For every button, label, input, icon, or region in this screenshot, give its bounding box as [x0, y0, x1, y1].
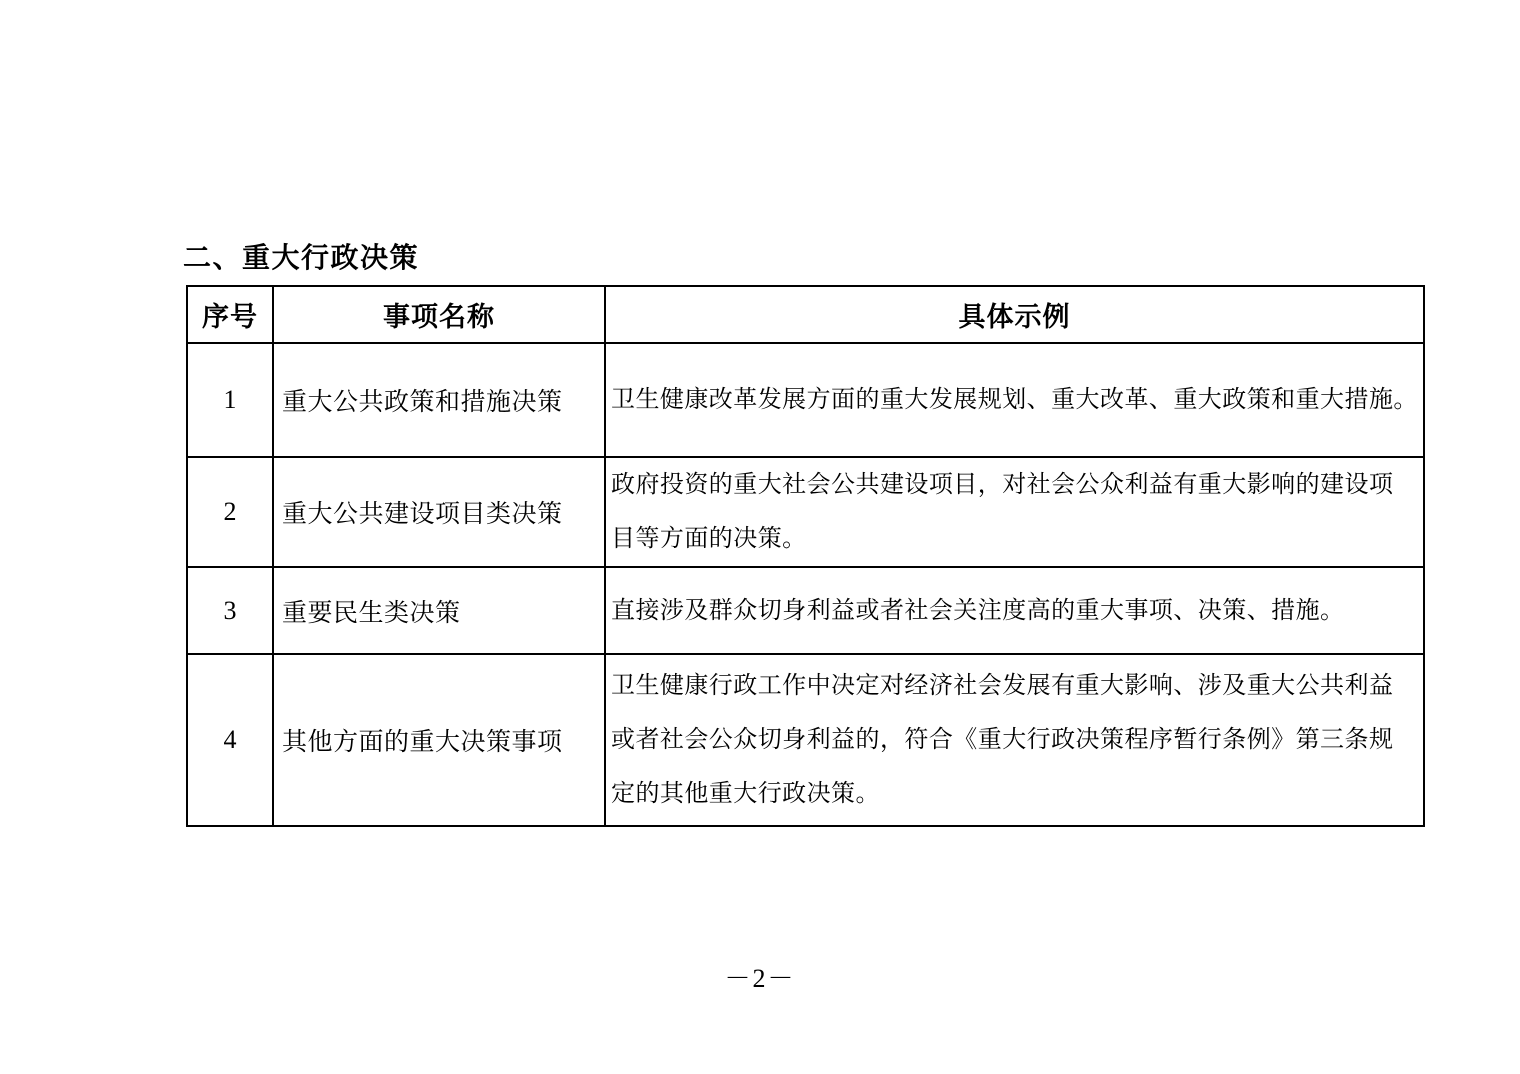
cell-serial: 3 — [187, 567, 273, 654]
cell-serial: 2 — [187, 457, 273, 567]
cell-item-name: 其他方面的重大决策事项 — [273, 654, 605, 826]
table-row: 2 重大公共建设项目类决策 政府投资的重大社会公共建设项目，对社会公众利益有重大… — [187, 457, 1424, 567]
cell-example: 卫生健康改革发展方面的重大发展规划、重大改革、重大政策和重大措施。 — [605, 343, 1424, 457]
cell-serial: 4 — [187, 654, 273, 826]
cell-item-name: 重要民生类决策 — [273, 567, 605, 654]
header-cell-item-name: 事项名称 — [273, 286, 605, 343]
cell-item-name: 重大公共建设项目类决策 — [273, 457, 605, 567]
section-title: 二、重大行政决策 — [183, 236, 419, 276]
page-number: －2－ — [0, 958, 1520, 995]
header-cell-example: 具体示例 — [605, 286, 1424, 343]
table-header-row: 序号 事项名称 具体示例 — [187, 286, 1424, 343]
cell-example: 卫生健康行政工作中决定对经济社会发展有重大影响、涉及重大公共利益 或者社会公众切… — [605, 654, 1424, 826]
cell-serial: 1 — [187, 343, 273, 457]
table-row: 3 重要民生类决策 直接涉及群众切身利益或者社会关注度高的重大事项、决策、措施。 — [187, 567, 1424, 654]
cell-item-name: 重大公共政策和措施决策 — [273, 343, 605, 457]
cell-example: 直接涉及群众切身利益或者社会关注度高的重大事项、决策、措施。 — [605, 567, 1424, 654]
cell-example: 政府投资的重大社会公共建设项目，对社会公众利益有重大影响的建设项 目等方面的决策… — [605, 457, 1424, 567]
major-decisions-table: 序号 事项名称 具体示例 1 重大公共政策和措施决策 卫生健康改革发展方面的重大… — [186, 285, 1425, 827]
header-cell-serial: 序号 — [187, 286, 273, 343]
table-row: 4 其他方面的重大决策事项 卫生健康行政工作中决定对经济社会发展有重大影响、涉及… — [187, 654, 1424, 826]
table-row: 1 重大公共政策和措施决策 卫生健康改革发展方面的重大发展规划、重大改革、重大政… — [187, 343, 1424, 457]
document-page: 二、重大行政决策 序号 事项名称 具体示例 1 重大公共政策和措施决策 卫生健康… — [0, 0, 1520, 1074]
